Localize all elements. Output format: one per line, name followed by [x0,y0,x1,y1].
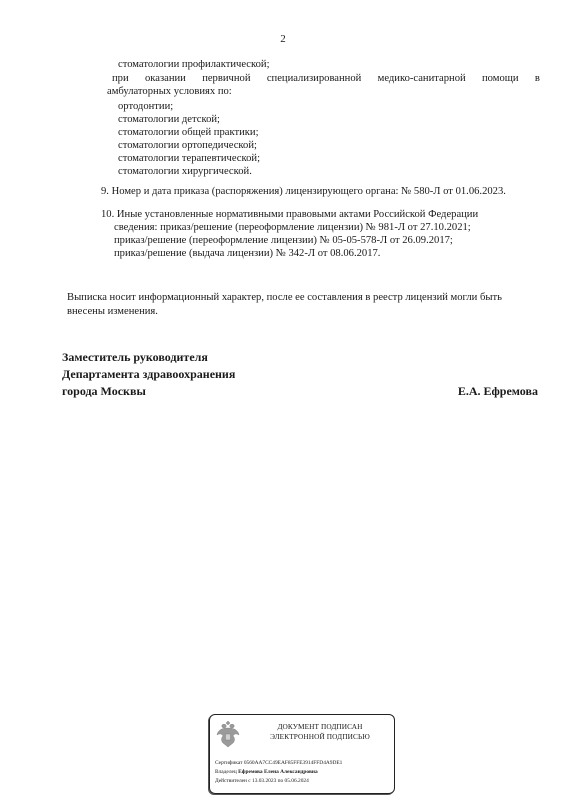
signatory-position-3: города Москвы [62,383,146,400]
signatory-position-1: Заместитель руководителя [62,349,208,366]
page-number: 2 [0,33,566,45]
owner-row: Владелец Ефремова Елена Александровна [215,768,318,777]
word: в [535,72,540,85]
section-10-line: приказ/решение (выдача лицензии) № 342-Л… [114,247,380,260]
certificate-row: Сертификат 0560AA7CC49EAF85FFE3914FFD4A9… [215,759,342,768]
intro-line-1: при оказании первичной специализированно… [112,72,540,85]
word: при [112,72,129,85]
signatory-name: Е.А. Ефремова [458,383,538,400]
list-item-previous: стоматологии профилактической; [118,58,270,71]
e-signature-stamp: ДОКУМЕНТ ПОДПИСАН ЭЛЕКТРОННОЙ ПОДПИСЬЮ С… [209,714,395,794]
owner-label: Владелец [215,769,237,775]
word: специализированной [267,72,361,85]
validity-row: Действителен с 13.03.2023 по 05.06.2024 [215,777,309,786]
word: первичной [202,72,250,85]
certificate-label: Сертификат [215,760,242,766]
disclaimer-line-2: внесены изменения. [67,305,158,318]
list-item: стоматологии детской; [118,113,220,126]
list-item: ортодонтии; [118,100,173,113]
coat-of-arms-icon [215,719,241,749]
stamp-title-line-2: ЭЛЕКТРОННОЙ ПОДПИСЬЮ [250,732,390,742]
disclaimer-line-1: Выписка носит информационный характер, п… [67,291,502,304]
owner-value: Ефремова Елена Александровна [238,769,318,775]
list-item: стоматологии терапевтической; [118,152,260,165]
section-10-line: сведения: приказ/решение (переоформление… [114,221,471,234]
word: медико-санитарной [378,72,466,85]
section-9: 9. Номер и дата приказа (распоряжения) л… [101,185,506,198]
list-item: стоматологии хирургической. [118,165,252,178]
word: помощи [482,72,519,85]
section-10-heading: 10. Иные установленные нормативными прав… [101,208,478,221]
list-item: стоматологии общей практики; [118,126,259,139]
list-item: стоматологии ортопедической; [118,139,257,152]
word: оказании [145,72,186,85]
stamp-title: ДОКУМЕНТ ПОДПИСАН ЭЛЕКТРОННОЙ ПОДПИСЬЮ [250,722,390,742]
stamp-title-line-1: ДОКУМЕНТ ПОДПИСАН [250,722,390,732]
certificate-value: 0560AA7CC49EAF85FFE3914FFD4A9DE1 [244,760,343,766]
signatory-position-2: Департамента здравоохранения [62,366,235,383]
intro-line-2: амбулаторных условиях по: [107,85,232,98]
section-10-line: приказ/решение (переоформление лицензии)… [114,234,453,247]
